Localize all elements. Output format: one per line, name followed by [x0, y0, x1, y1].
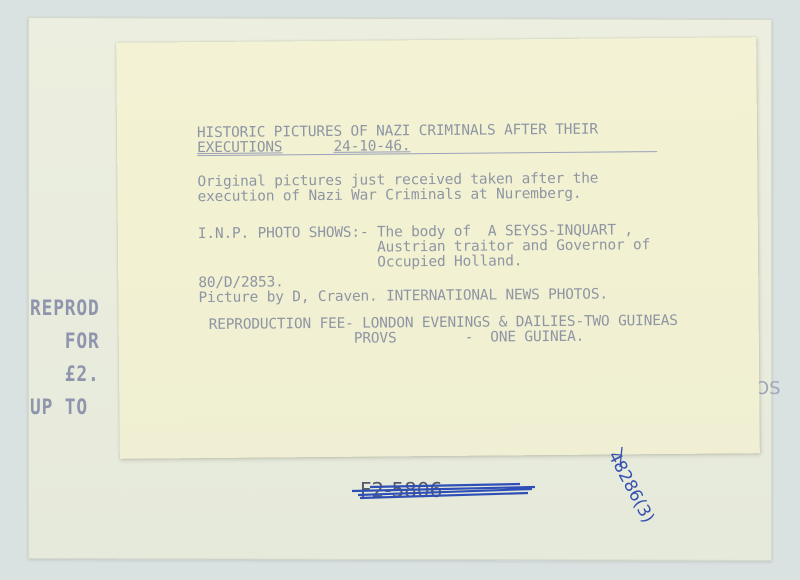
reference-credit: 80/D/2853. Picture by D, Craven. INTERNA… [198, 273, 608, 307]
fee-line: PROVS - ONE GUINEA. [209, 329, 584, 348]
photo-shows: I.N.P. PHOTO SHOWS:- The body of A SEYSS… [198, 223, 650, 272]
description-paragraph: Original pictures just received taken af… [197, 172, 598, 205]
photo-credit: Picture by D, Craven. INTERNATIONAL NEWS… [198, 287, 608, 307]
headline: HISTORIC PICTURES OF NAZI CRIMINALS AFTE… [197, 123, 598, 156]
reproduction-stamp: REPROD FOR £2. UP TO [30, 292, 100, 424]
stamp-line: REPROD [30, 292, 100, 325]
reproduction-fee: REPRODUCTION FEE- LONDON EVENINGS & DAIL… [209, 314, 678, 348]
caption-card: HISTORIC PICTURES OF NAZI CRIMINALS AFTE… [116, 37, 760, 459]
photo-shows-line: Occupied Holland. [198, 253, 522, 272]
stamp-line: FOR [30, 325, 100, 358]
handwritten-note-text: 48286(3) [604, 448, 658, 526]
stamp-line: £2. [30, 358, 100, 391]
paragraph-line: execution of Nazi War Criminals at Nurem… [197, 186, 581, 205]
crossed-out-handwriting: F2-5806 [350, 475, 540, 505]
stamp-line: UP TO [30, 391, 100, 424]
handwritten-vertical-note: 48286(3) [590, 445, 720, 560]
